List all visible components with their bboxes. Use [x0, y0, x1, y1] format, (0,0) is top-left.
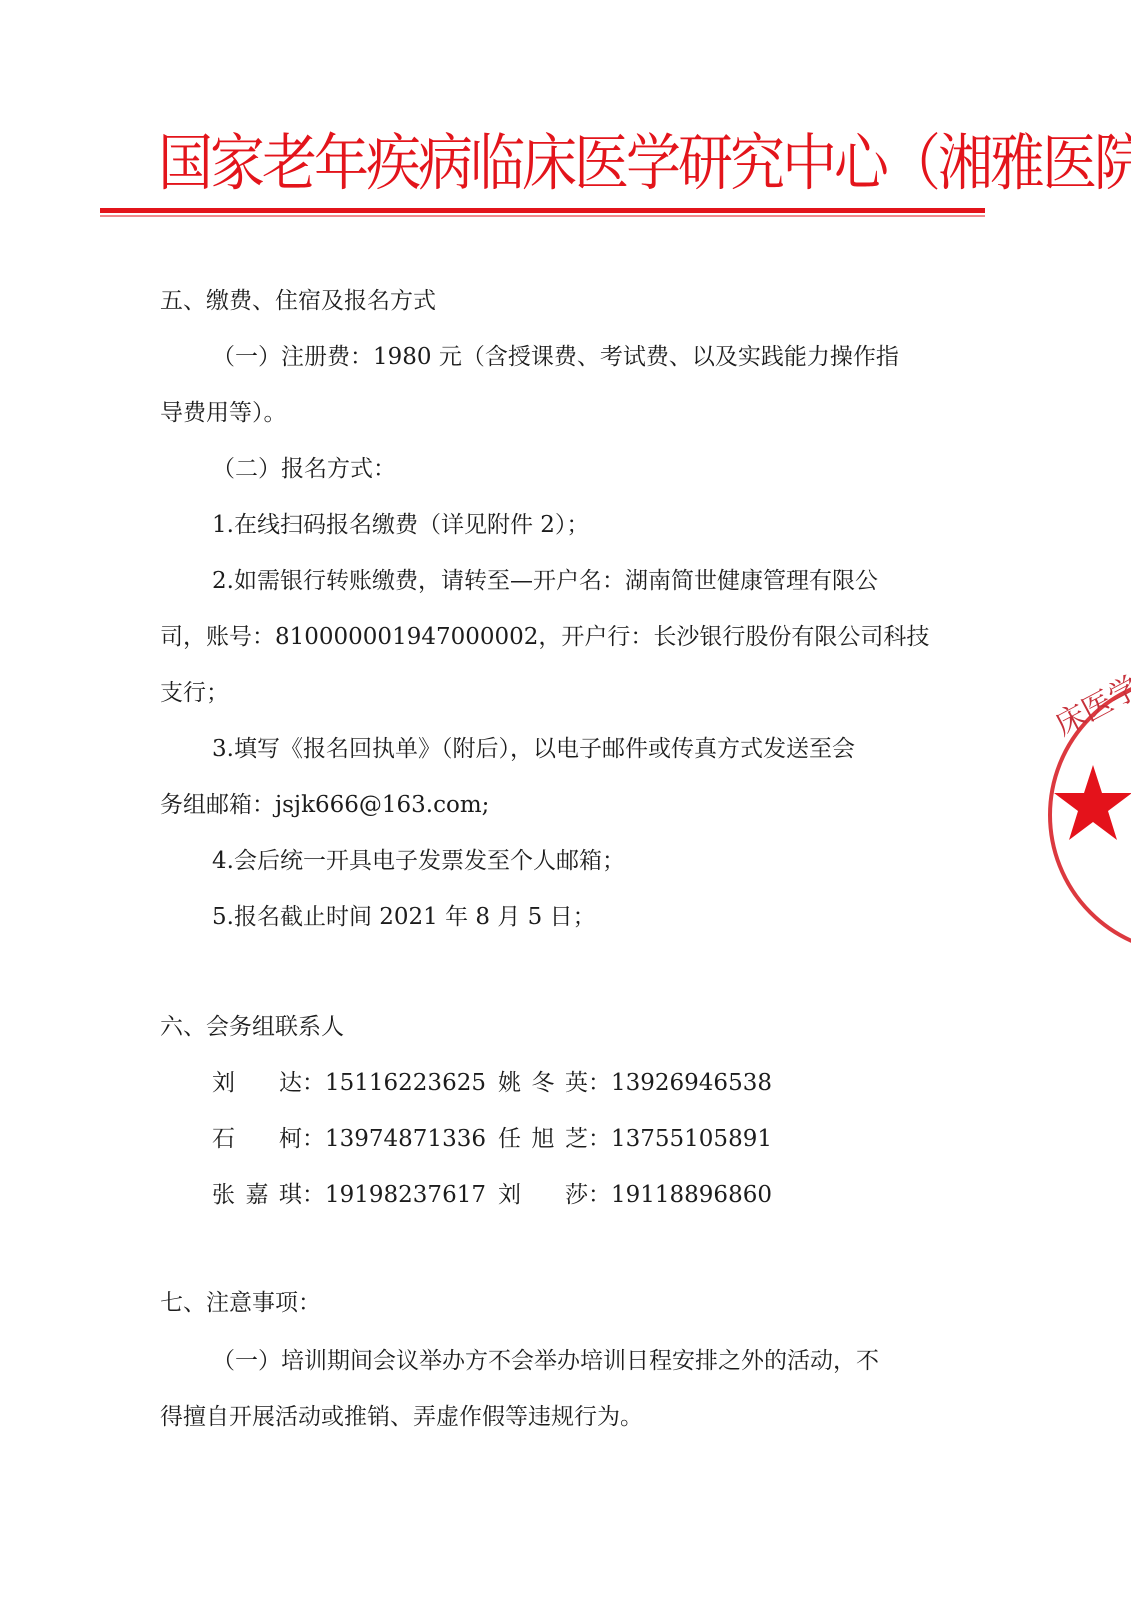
contact-item: 石柯：13974871336 [212, 1124, 498, 1180]
section-six-title: 六、会务组联系人 [160, 1012, 344, 1042]
note-1-line-1: （一）培训期间会议举办方不会举办培训日程安排之外的活动，不 [212, 1346, 879, 1376]
method-item-3-line-1: 3.填写《报名回执单》（附后），以电子邮件或传真方式发送至会 [212, 734, 855, 764]
contact-item: 张嘉琪：19198237617 [212, 1180, 498, 1236]
contact-name: 姚冬英 [498, 1068, 588, 1124]
document-page: 国家老年疾病临床医学研究中心（湘雅医院） 五、缴费、住宿及报名方式 （一）注册费… [0, 0, 1131, 1600]
note-1-line-2: 得擅自开展活动或推销、弄虚作假等违规行为。 [160, 1402, 643, 1432]
contact-name: 刘莎 [498, 1180, 588, 1236]
method-item-1: 1.在线扫码报名缴费（详见附件 2）； [212, 510, 589, 540]
contact-separator: ： [302, 1180, 325, 1236]
contact-row: 石柯：13974871336 任旭芝：13755105891 [212, 1124, 784, 1180]
contact-name: 石柯 [212, 1124, 302, 1180]
contact-item: 刘莎：19118896860 [498, 1180, 784, 1236]
contact-separator: ： [302, 1124, 325, 1180]
method-item-5: 5.报名截止时间 2021 年 8 月 5 日； [212, 902, 596, 932]
contact-separator: ： [588, 1068, 611, 1124]
header-divider-thin [100, 215, 985, 217]
method-item-3-line-2: 务组邮箱：jsjk666@163.com; [160, 790, 489, 820]
contact-phone: 15116223625 [325, 1068, 486, 1124]
fee-line-2: 导费用等）。 [160, 398, 287, 428]
method-item-2-line-1: 2.如需银行转账缴费，请转至—开户名：湖南简世健康管理有限公 [212, 566, 878, 596]
contact-row: 张嘉琪：19198237617 刘莎：19118896860 [212, 1180, 784, 1236]
section-five-title: 五、缴费、住宿及报名方式 [160, 286, 436, 316]
contact-phone: 19118896860 [611, 1180, 772, 1236]
contact-separator: ： [588, 1124, 611, 1180]
masthead-title: 国家老年疾病临床医学研究中心（湘雅医院） [158, 118, 978, 208]
contact-name: 刘达 [212, 1068, 302, 1124]
method-item-4: 4.会后统一开具电子发票发至个人邮箱； [212, 846, 625, 876]
method-item-2-line-3: 支行； [160, 678, 229, 708]
fee-line-1: （一）注册费：1980 元（含授课费、考试费、以及实践能力操作指 [212, 342, 899, 372]
contact-separator: ： [302, 1068, 325, 1124]
section-seven-title: 七、注意事项： [160, 1288, 321, 1318]
method-item-2-line-2: 司，账号：810000001947000002，开户行：长沙银行股份有限公司科技 [160, 622, 929, 652]
contact-separator: ： [588, 1180, 611, 1236]
contact-item: 刘达：15116223625 [212, 1068, 498, 1124]
contact-name: 张嘉琪 [212, 1180, 302, 1236]
contact-name: 任旭芝 [498, 1124, 588, 1180]
method-title: （二）报名方式： [212, 454, 396, 484]
contact-item: 任旭芝：13755105891 [498, 1124, 784, 1180]
contact-phone: 13926946538 [611, 1068, 772, 1124]
header-divider-thick [100, 208, 985, 213]
contact-phone: 19198237617 [325, 1180, 486, 1236]
contact-list: 刘达：15116223625 姚冬英：13926946538 石柯：139748… [212, 1068, 784, 1236]
contact-phone: 13755105891 [611, 1124, 772, 1180]
contact-row: 刘达：15116223625 姚冬英：13926946538 [212, 1068, 784, 1124]
contact-item: 姚冬英：13926946538 [498, 1068, 784, 1124]
contact-phone: 13974871336 [325, 1124, 486, 1180]
